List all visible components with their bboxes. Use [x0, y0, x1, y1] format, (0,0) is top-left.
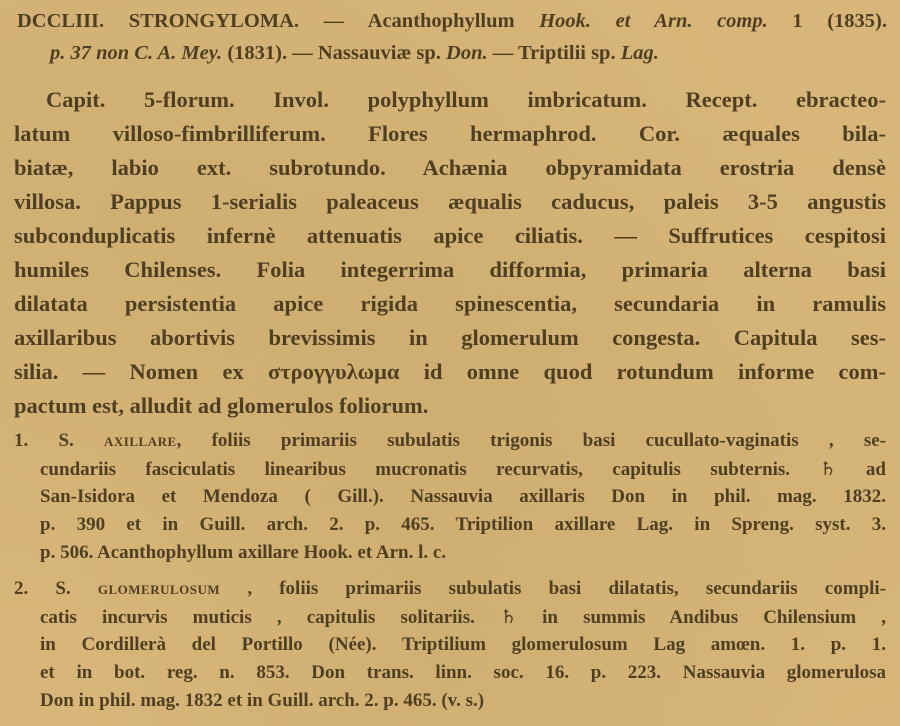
non-author: non C. A. Mey.: [96, 42, 222, 64]
species-genus-abbr: S.: [55, 578, 70, 599]
synonym-author-lag: Lag.: [621, 42, 659, 64]
species-name: axillare: [104, 430, 177, 451]
description-line: villosa. Pappus 1-serialis paleaceus æqu…: [14, 189, 886, 215]
description-line: axillaribus abortivis brevissimis in glo…: [14, 325, 886, 351]
synonym-author: Hook. et Arn.: [539, 10, 692, 32]
description-line: subconduplicatis infernè attenuatis apic…: [14, 223, 886, 249]
non-year: (1831).: [227, 42, 287, 64]
species-entry-2-line: catis incurvis muticis , capitulis solit…: [40, 606, 886, 629]
description-line: humiles Chilenses. Folia integerrima dif…: [14, 257, 886, 283]
species-entry-1-line: p. 390 et in Guill. arch. 2. p. 465. Tri…: [40, 514, 886, 536]
header-dash: —: [493, 42, 514, 64]
synonym-triptilii: Triptilii sp.: [518, 42, 616, 64]
synonym-work: comp.: [717, 10, 768, 32]
species-genus-abbr: S.: [58, 430, 73, 451]
species-entry-1-line: p. 506. Acanthophyllum axillare Hook. et…: [40, 542, 446, 564]
genus-header-line-2: p. 37 non C. A. Mey. (1831). — Nassauviæ…: [50, 42, 659, 65]
species-number: 2.: [14, 578, 28, 599]
synonym-genus: Acanthophyllum: [368, 10, 515, 32]
species-entry-2-line: et in bot. reg. n. 853. Don trans. linn.…: [40, 662, 886, 684]
species-entry-1-line: San-Isidora et Mendoza ( Gill.). Nassauv…: [40, 486, 886, 508]
species-entry-1-line: 1. S. axillare, foliis primariis subulat…: [14, 430, 886, 452]
genus-header-line-1: DCCLIII. STRONGYLOMA. — Acanthophyllum H…: [17, 10, 887, 33]
synonym-author-don: Don.: [446, 42, 488, 64]
species-name: glomerulosum: [98, 578, 220, 599]
species-entry-2-line: in Cordillerà del Portillo (Née). Tripti…: [40, 634, 886, 656]
header-dash: —: [324, 10, 345, 32]
species-entry-2-line: 2. S. glomerulosum , foliis primariis su…: [14, 578, 886, 600]
page-reference: p. 37: [50, 42, 91, 64]
description-line: dilatata persistentia apice rigida spine…: [14, 291, 886, 317]
genus-number: DCCLIII.: [17, 10, 104, 32]
description-line: Capit. 5-florum. Invol. polyphyllum imbr…: [46, 87, 886, 113]
description-line: latum villoso-fimbrilliferum. Flores her…: [14, 121, 886, 147]
species-entry-2-line: Don in phil. mag. 1832 et in Guill. arch…: [40, 690, 484, 712]
header-dash: —: [292, 42, 313, 64]
description-line: silia. — Nomen ex στρογγυλωμα id omne qu…: [14, 359, 886, 385]
synonym-nassauviae: Nassauviæ sp.: [318, 42, 441, 64]
genus-name: STRONGYLOMA.: [129, 10, 299, 32]
synonym-reference: 1 (1835).: [792, 10, 887, 32]
species-number: 1.: [14, 430, 28, 451]
book-page: DCCLIII. STRONGYLOMA. — Acanthophyllum H…: [0, 0, 900, 726]
description-line: pactum est, alludit ad glomerulos folior…: [14, 393, 428, 419]
description-line: biatæ, labio ext. subrotundo. Achænia ob…: [14, 155, 886, 181]
species-entry-1-line: cundariis fasciculatis linearibus mucron…: [40, 458, 886, 481]
